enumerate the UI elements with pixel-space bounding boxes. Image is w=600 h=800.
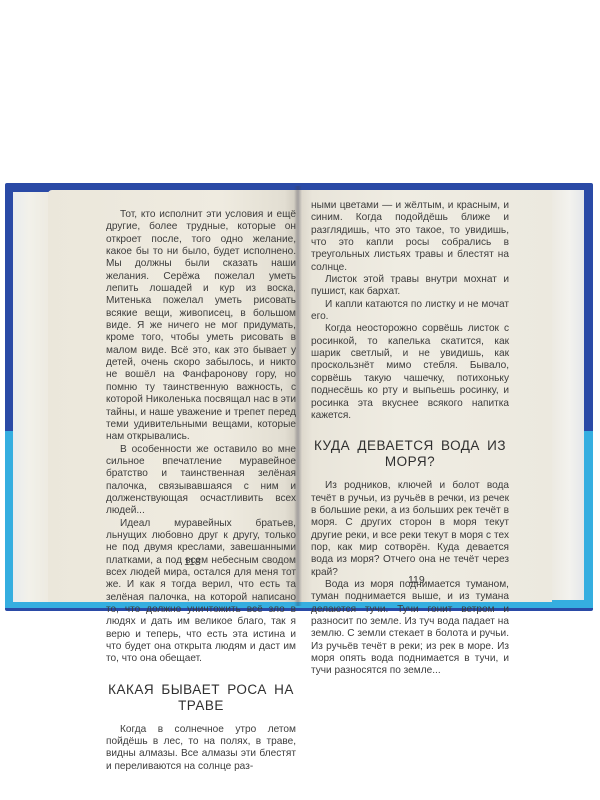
paragraph: Идеал муравейных братьев, льнущих любовн… (106, 518, 296, 666)
paragraph: Вода из моря поднимается туманом, туман … (311, 579, 509, 678)
page-stack-right (548, 190, 584, 600)
page-number: 119 (408, 574, 425, 586)
paragraph: Тот, кто исполнит эти условия и ещё друг… (106, 209, 296, 444)
paragraph: Когда неосторожно сорвёшь листок с росин… (311, 323, 509, 422)
paragraph: Листок этой травы внутри мохнат и пушист… (311, 274, 509, 299)
page-stack-left (13, 192, 53, 602)
chapter-heading: КАКАЯ БЫВАЕТ РОСА НА ТРАВЕ (106, 682, 296, 714)
page-number: 118 (184, 556, 201, 568)
paragraph: Когда в солнечное утро летом пойдёшь в л… (106, 724, 296, 773)
right-page: ными цветами — и жёлтым, и красным, и си… (297, 190, 552, 602)
book-gutter (294, 186, 302, 606)
open-book: Тот, кто исполнит эти условия и ещё друг… (0, 0, 600, 800)
paragraph: Из родников, ключей и болот вода течёт в… (311, 480, 509, 579)
paragraph: И капли катаются по листку и не мочат ег… (311, 299, 509, 324)
paragraph: В особенности же оставило во мне сильное… (106, 444, 296, 518)
right-page-text: ными цветами — и жёлтым, и красным, и си… (311, 200, 509, 678)
chapter-heading: КУДА ДЕВАЕТСЯ ВОДА ИЗ МОРЯ? (311, 438, 509, 470)
left-page-text: Тот, кто исполнит эти условия и ещё друг… (106, 209, 296, 773)
left-page: Тот, кто исполнит эти условия и ещё друг… (48, 190, 297, 602)
paragraph: ными цветами — и жёлтым, и красным, и си… (311, 200, 509, 274)
